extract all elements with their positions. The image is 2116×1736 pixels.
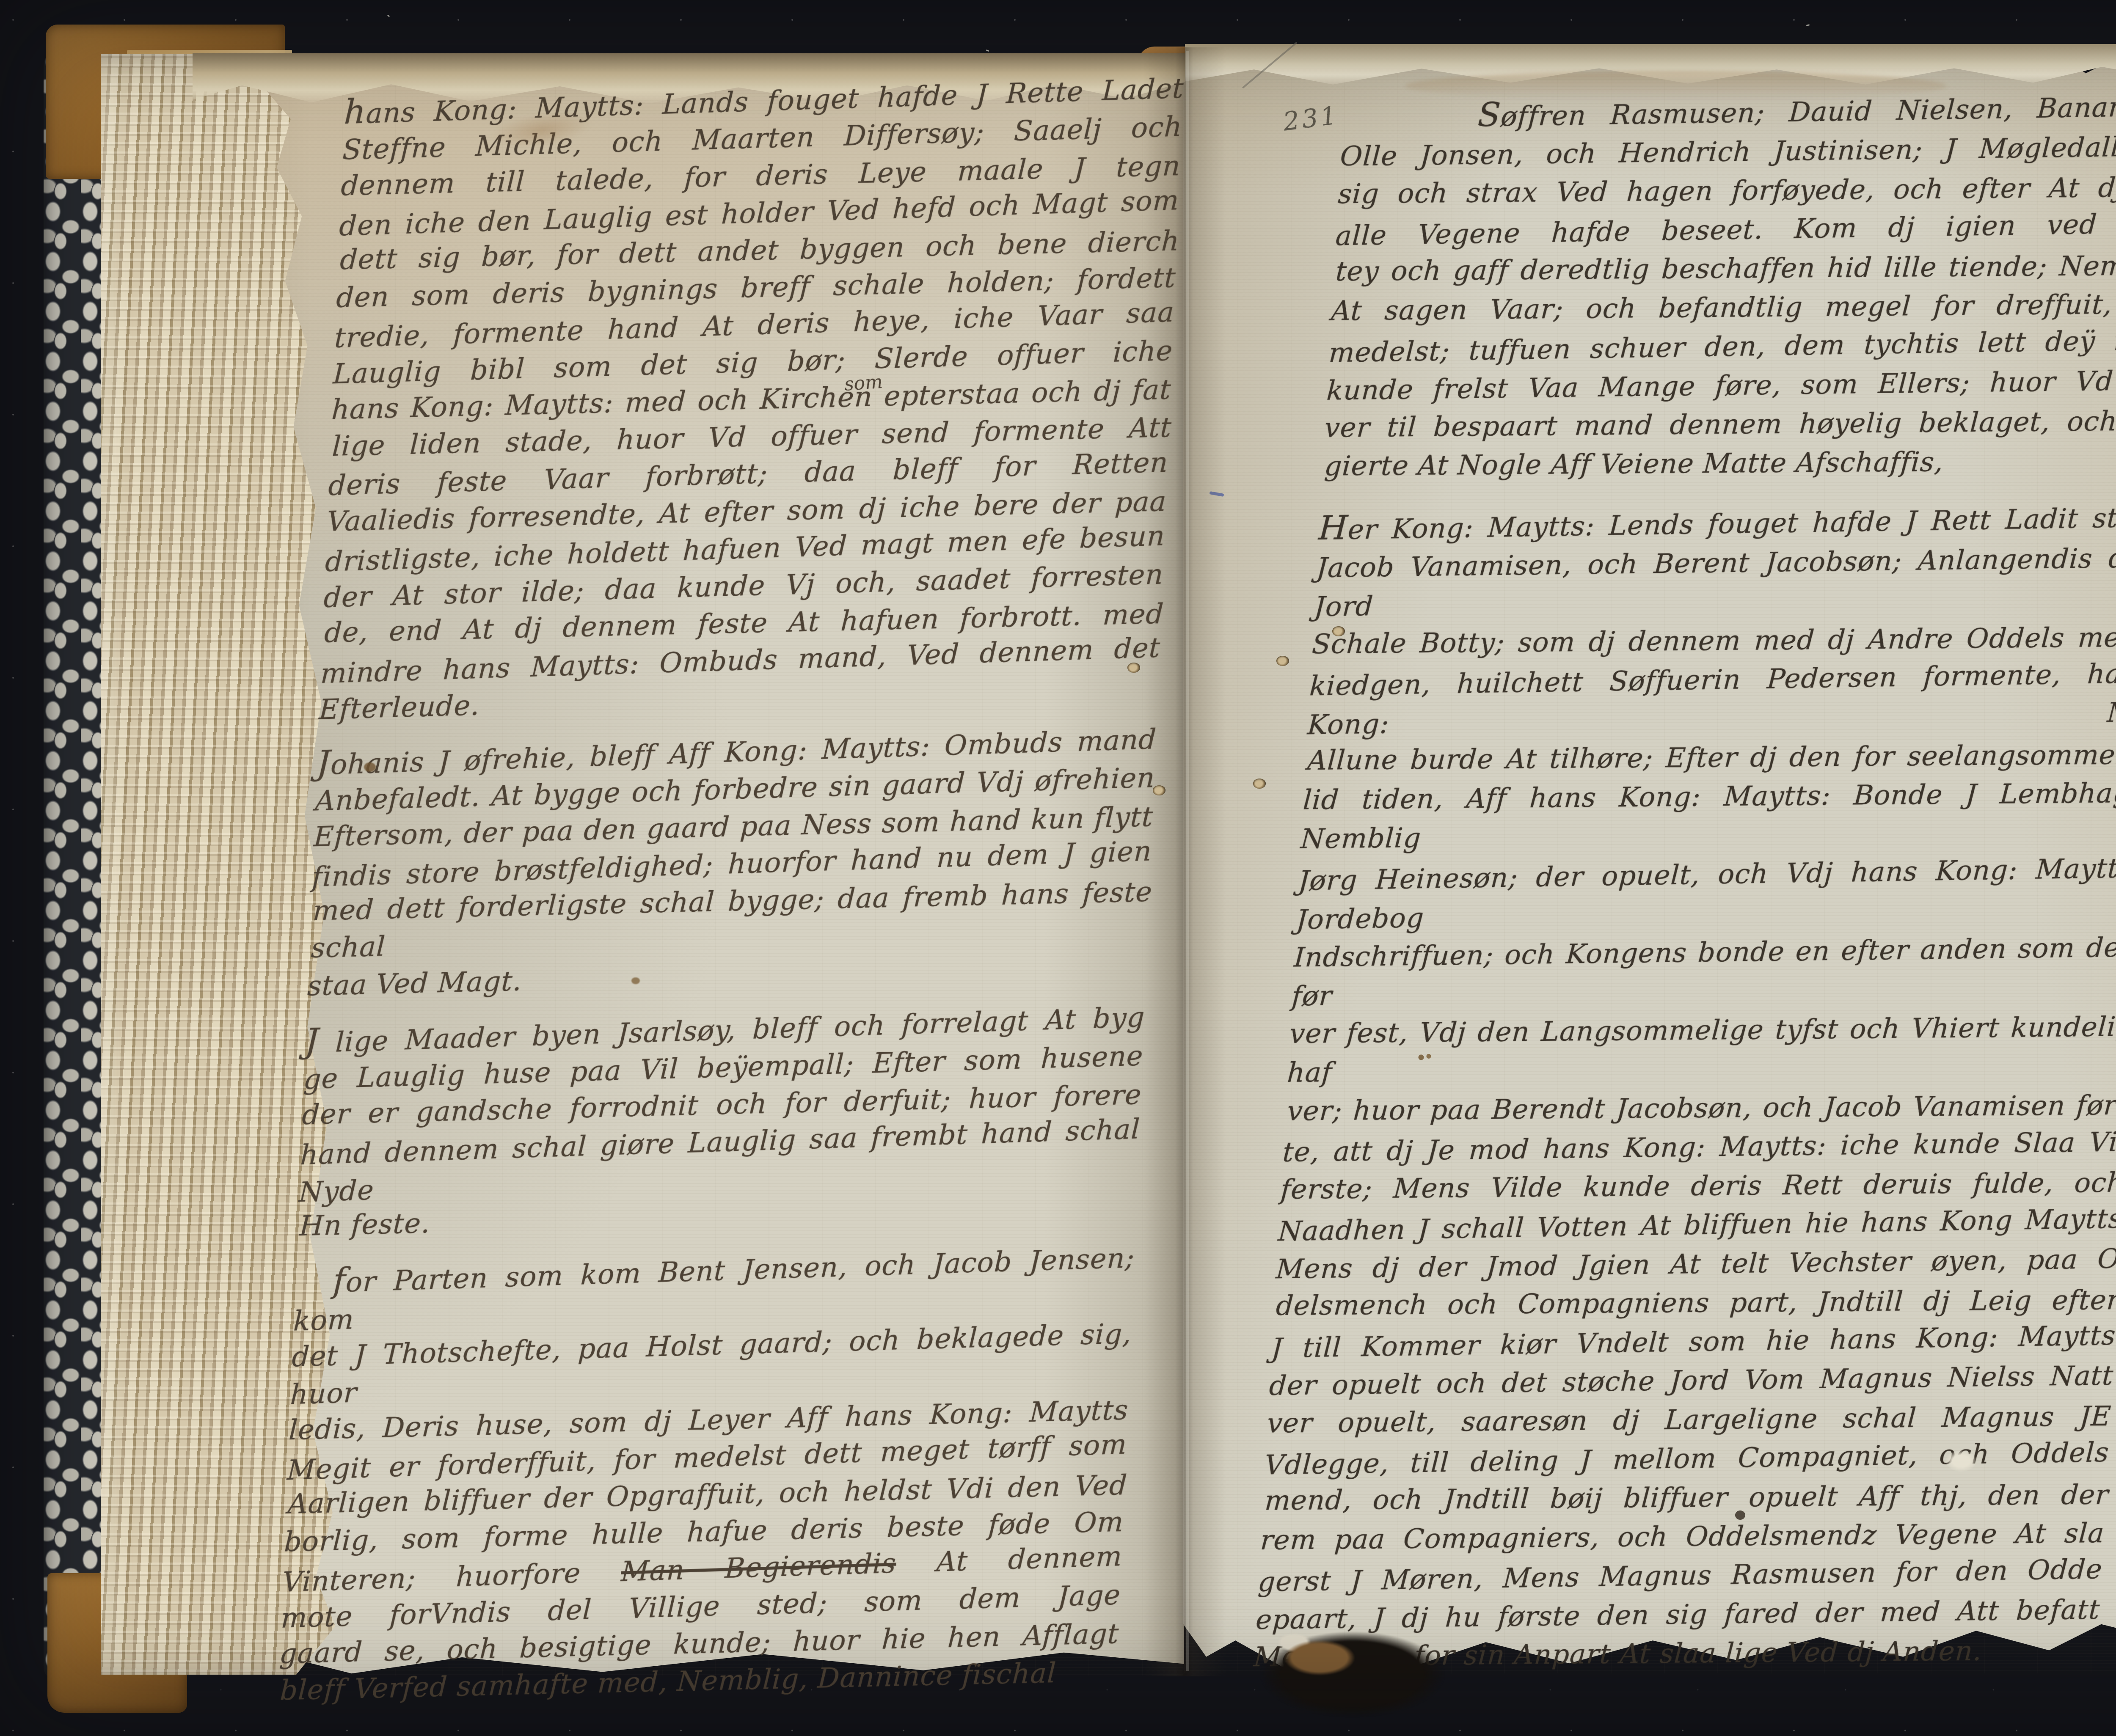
handwritten-line: Allune burde At tilhøre; Efter dj den fo… (1306, 735, 2116, 780)
handwritten-line: ver fest, Vdj den Langsommelige tyfst oc… (1286, 1007, 2116, 1092)
dust-fleck (387, 14, 390, 17)
photo-background: { "right_page": { "page_number": "231", … (0, 0, 2116, 1736)
handwritten-line: ver; huor paa Berendt Jacobsøn, och Jaco… (1286, 1086, 2116, 1131)
handwritten-line: tey och gaff deredtlig beschaffen hid li… (1334, 246, 2116, 291)
wormhole (1153, 785, 1165, 795)
paragraph: hans Kong: Maytts: Lands fouget hafde J … (318, 69, 1185, 729)
gutter-fold-highlight (1186, 51, 1189, 1671)
paragraph: Johanis J øfrehie, bleff Aff Kong: Maytt… (306, 720, 1157, 1007)
bottom-gutter-tear (1238, 1604, 1492, 1731)
left-page-handwriting: hans Kong: Maytts: Lands fouget hafde J … (277, 69, 1185, 1712)
paragraph: J lige Maader byen Jsarlsøy, bleff och f… (297, 998, 1146, 1247)
paragraph: Her Kong: Maytts: Lends fouget hafde J R… (1252, 497, 2116, 1678)
handwritten-line: Jørg Heinesøn; der opuelt, och Vdj hans … (1295, 849, 2116, 940)
inserted-correction: som (843, 371, 883, 395)
handwritten-line: gierte At Nogle Aff Veiene Matte Afschaf… (1323, 441, 2116, 486)
right-page-handwriting: Søffren Rasmusen; Dauid Nielsen, Banaman… (1252, 86, 2116, 1678)
handwritten-line: ver til bespaart mand dennem høyelig bek… (1323, 402, 2116, 448)
handwritten-line: mend, och Jndtill bøij bliffuer opuelt A… (1264, 1475, 2110, 1520)
handwritten-line: Jacob Vanamisen, och Berent Jacobsøn; An… (1313, 538, 2116, 627)
paragraph: Søffren Rasmusen; Dauid Nielsen, Banaman… (1321, 86, 2116, 488)
wormhole (1332, 626, 1345, 636)
dust-fleck (1806, 24, 1810, 26)
paragraph: for Parten som kom Bent Jensen, och Jaco… (277, 1238, 1136, 1712)
book-photo: hans Kong: Maytts: Lands fouget hafde J … (0, 0, 2116, 1736)
handwritten-line: lid tiden, Aff hans Kong: Maytts: Bonde … (1300, 774, 2116, 859)
handwritten-line: Indschriffuen; och Kongens bonde en efte… (1291, 928, 2116, 1016)
gutter-shadow (1143, 47, 1226, 1676)
handwritten-line: kiedgen, huilchett Søffuerin Pedersen fo… (1306, 654, 2116, 745)
wormhole (1253, 779, 1266, 789)
dust-fleck (986, 50, 989, 52)
wormhole (1276, 656, 1289, 666)
wormhole (1127, 663, 1140, 673)
